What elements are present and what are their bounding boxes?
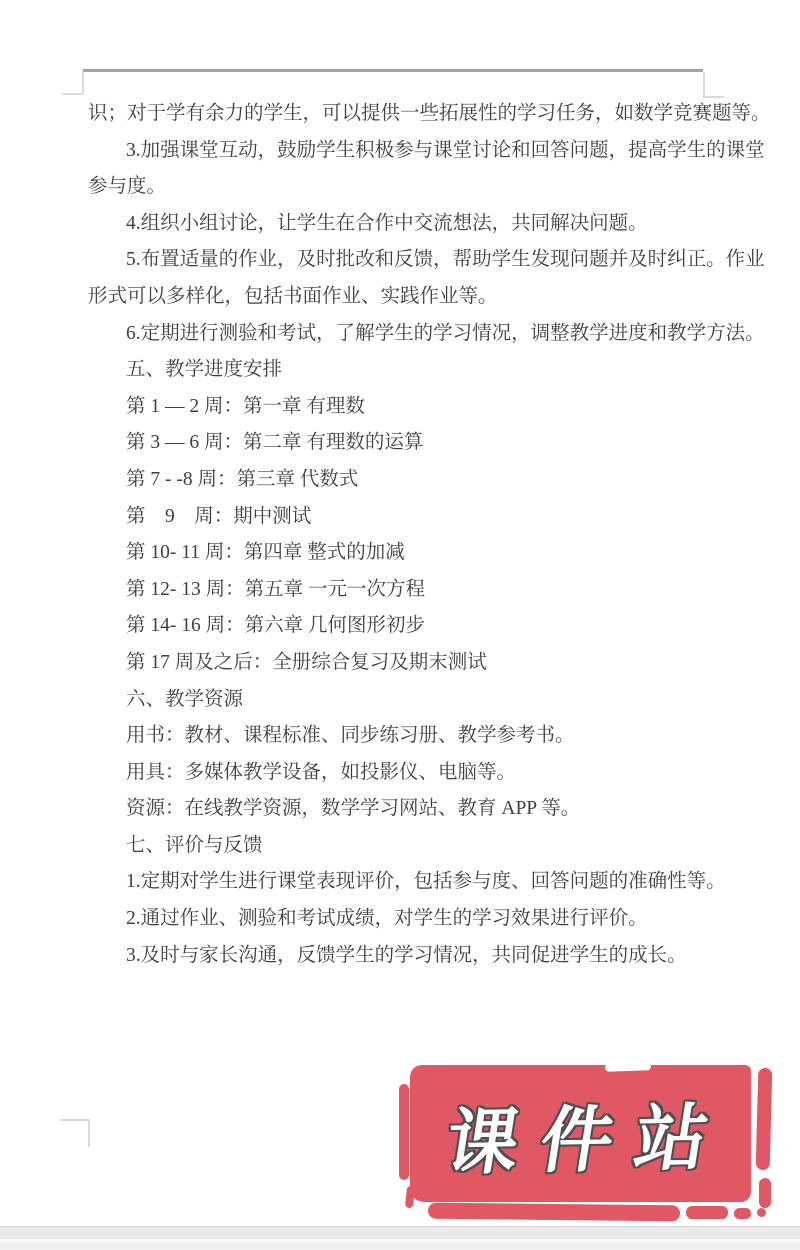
text-line: 资源：在线教学资源，数学学习网站、教育 APP 等。 — [88, 791, 713, 828]
text-line: 第 14- 16 周：第六章 几何图形初步 — [88, 608, 713, 645]
stamp-border-bottom-blob2 — [734, 1208, 751, 1219]
stamp-border-bottom-blob — [686, 1206, 728, 1219]
page-top-separator — [83, 69, 703, 72]
text-line: 第 10- 11 周：第四章 整式的加减 — [88, 535, 713, 572]
text-line: 第 12- 13 周：第五章 一元一次方程 — [88, 572, 713, 609]
cropmark-top-right — [703, 72, 724, 98]
text-line: 第 9 周：期中测试 — [88, 499, 713, 536]
text-line: 七、评价与反馈 — [88, 828, 713, 865]
text-line: 第 7 - -8 周：第三章 代数式 — [88, 462, 713, 499]
text-line: 6.定期进行测验和考试，了解学生的学习情况，调整教学进度和教学方法。 — [88, 316, 713, 353]
stamp-border-right-stroke — [756, 1068, 773, 1170]
text-line: 1.定期对学生进行课堂表现评价，包括参与度、回答问题的准确性等。 — [88, 864, 713, 901]
text-line: 5.布置适量的作业，及时批改和反馈，帮助学生发现问题并及时纠正。作业 — [88, 242, 713, 279]
text-line: 3.加强课堂互动，鼓励学生积极参与课堂讨论和回答问题，提高学生的课堂 — [88, 133, 713, 170]
stamp-top-notch — [605, 1062, 651, 1072]
stamp-body: 课件站 — [410, 1065, 751, 1202]
text-line: 4.组织小组讨论，让学生在合作中交流想法，共同解决问题。 — [88, 206, 713, 243]
text-line: 2.通过作业、测验和考试成绩，对学生的学习效果进行评价。 — [88, 901, 713, 938]
text-line: 参与度。 — [88, 169, 713, 206]
stamp-border-bottom-dot — [757, 1208, 766, 1217]
text-line: 形式可以多样化，包括书面作业、实践作业等。 — [88, 279, 713, 316]
cropmark-bottom-left — [60, 1119, 90, 1147]
text-line: 五、教学进度安排 — [88, 352, 713, 389]
stamp-text: 课件站 — [422, 1078, 739, 1188]
document-page: { "page": { "background": "#ffffff", "se… — [0, 0, 800, 1250]
stamp-border-right-blob — [759, 1178, 771, 1208]
stamp-border-left-stroke — [399, 1084, 409, 1180]
status-bar — [0, 1226, 800, 1250]
kejianzhan-stamp: 课件站 — [398, 1058, 774, 1225]
text-line: 用书：教材、课程标准、同步练习册、教学参考书。 — [88, 718, 713, 755]
status-bar-lower — [0, 1242, 800, 1250]
text-line: 第 1 — 2 周：第一章 有理数 — [88, 389, 713, 426]
stamp-border-bottom-stroke — [428, 1203, 680, 1222]
text-line: 第 3 — 6 周：第二章 有理数的运算 — [88, 425, 713, 462]
text-line: 第 17 周及之后：全册综合复习及期末测试 — [88, 645, 713, 682]
cropmark-top-left — [62, 72, 84, 95]
text-line: 识；对于学有余力的学生，可以提供一些拓展性的学习任务，如数学竞赛题等。 — [88, 96, 713, 133]
document-body-text: 识；对于学有余力的学生，可以提供一些拓展性的学习任务，如数学竞赛题等。3.加强课… — [88, 96, 713, 974]
text-line: 3.及时与家长沟通，反馈学生的学习情况，共同促进学生的成长。 — [88, 938, 713, 975]
text-line: 六、教学资源 — [88, 682, 713, 719]
text-line: 用具：多媒体教学设备，如投影仪、电脑等。 — [88, 755, 713, 792]
